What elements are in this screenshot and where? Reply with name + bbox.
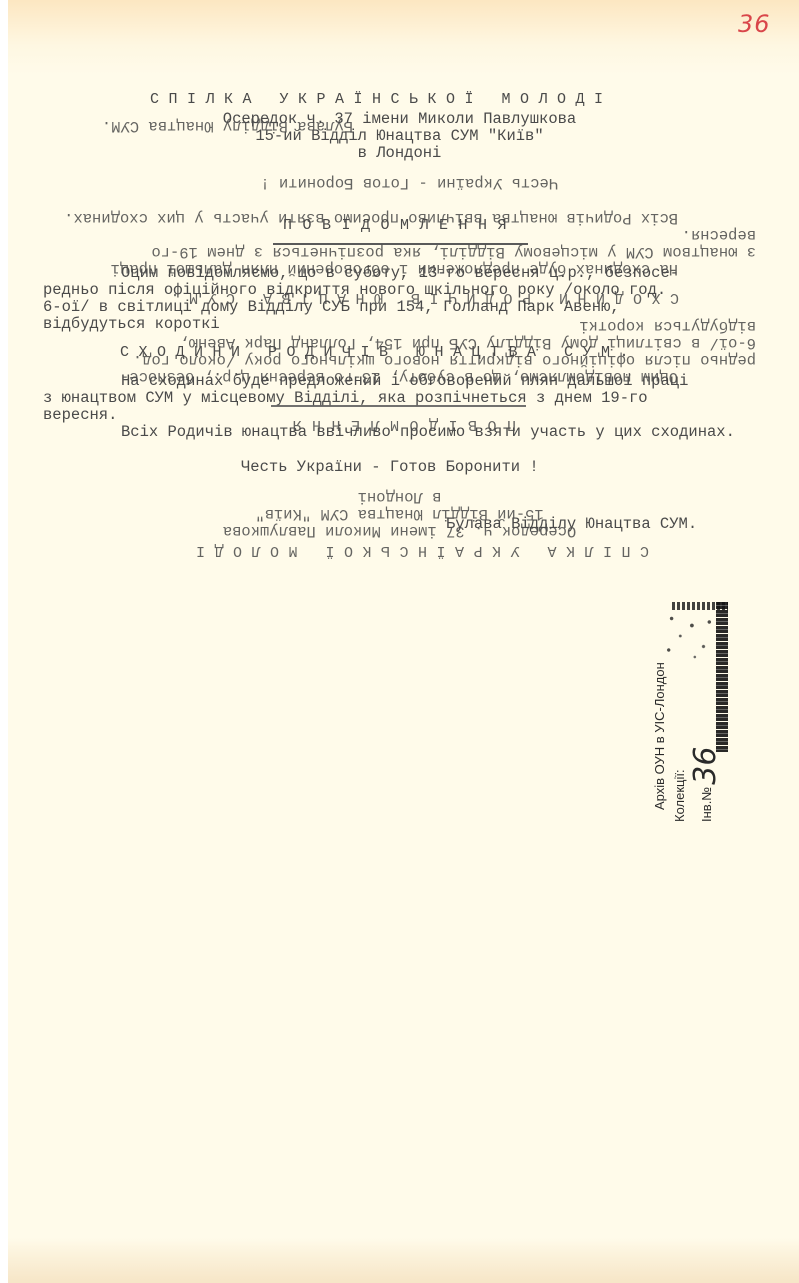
- paragraph-1-line: 6-ої/ в світлиці дому Відділу СУБ при 15…: [179, 334, 756, 351]
- archive-stamp: Архів ОУН в УІС-Лондон Колекції: Інв.№36: [650, 600, 740, 830]
- inventory-label: Інв.№: [699, 787, 714, 822]
- notice-title: ПОВІДОМЛЕННЯ: [282, 416, 516, 433]
- paragraph-2-line: вересня.: [682, 226, 756, 243]
- archive-name: Архів ОУН в УІС-Лондон: [652, 662, 667, 810]
- paragraph-2-line: На сходинах буде предложений і обговорен…: [111, 260, 678, 277]
- unit-name: 15-ий Відділ Юнацтва СУМ "Київ": [0, 505, 799, 522]
- stamp-ink-speckle: [660, 608, 718, 678]
- paragraph-3: Всіх Родичів юнацтва ввічливо просимо вз…: [64, 209, 678, 226]
- collection-label: Колекції:: [672, 769, 687, 822]
- title-underline: [271, 405, 526, 407]
- paragraph-2-line: з юнацтвом СУМ у місцевому Відділі, яка …: [151, 243, 756, 260]
- cell-name: Осередок ч. 37 імени Миколи Павлушкова: [0, 522, 799, 539]
- city-name: в Лондоні: [0, 488, 799, 505]
- paragraph-1-line: відбудуться короткі: [579, 317, 756, 334]
- paragraph-1-line: Оцим повідомляємо, що в суботу, 13-го ве…: [120, 368, 678, 385]
- meeting-title: СХОДИНИ РОДИЧІВ ЮНАЦТВА СУМ.: [161, 289, 679, 306]
- organization-name: СПІЛКА УКРАЇНСЬКОЇ МОЛОДІ: [186, 542, 649, 559]
- inventory-line: Інв.№36: [688, 747, 723, 822]
- inventory-number: 36: [688, 747, 723, 785]
- motto: Честь України - Готов Боронити !: [260, 174, 558, 191]
- signature: Булава Відділу Юнацтва СУМ.: [102, 117, 353, 134]
- paragraph-1-line: редньо після офіційного відкриття нового…: [133, 351, 756, 368]
- typed-notice-inverted-copy: СПІЛКА УКРАЇНСЬКОЇ МОЛОДІ Осередок ч. 37…: [0, 0, 799, 650]
